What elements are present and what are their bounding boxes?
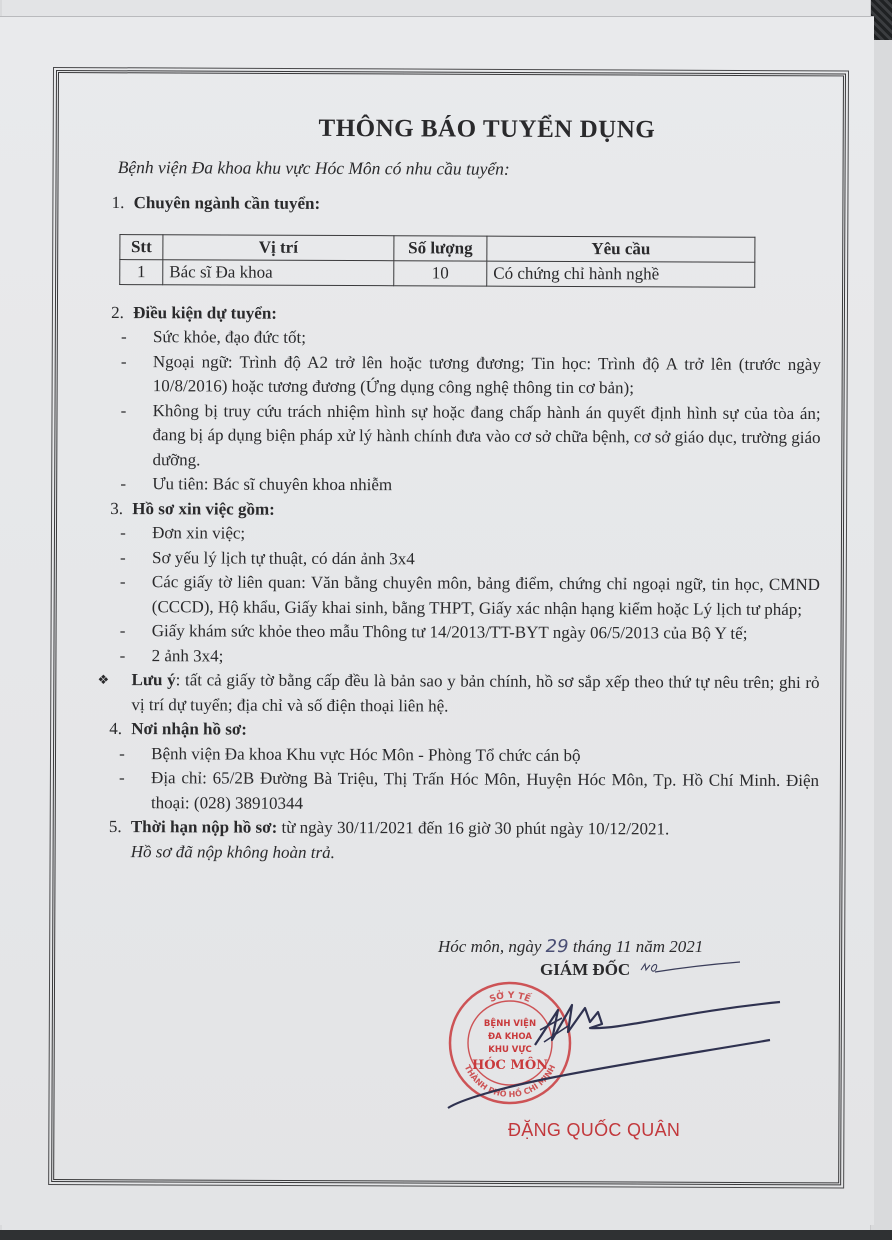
list-item: -Đơn xin việc; <box>110 521 820 549</box>
handwritten-day: 29 <box>546 936 569 957</box>
section-2-heading: 2. Điều kiện dự tuyển: <box>111 300 821 328</box>
section-number: 5. <box>109 815 131 840</box>
list-item: -Sức khỏe, đạo đức tốt; <box>111 325 821 353</box>
handwritten-signature-icon <box>440 960 800 1130</box>
dash-bullet-icon: - <box>121 325 127 350</box>
section-3-heading: 3. Hồ sơ xin việc gồm: <box>110 496 820 524</box>
list-item: -Ưu tiên: Bác sĩ chuyên khoa nhiễm <box>110 472 820 500</box>
dash-bullet-icon: - <box>120 570 126 595</box>
list-item: -Không bị truy cứu trách nhiệm hình sự h… <box>110 398 820 475</box>
document-title: THÔNG BÁO TUYỂN DỤNG <box>112 116 822 144</box>
table-header-row: Stt Vị trí Số lượng Yêu cầu <box>120 234 755 262</box>
dash-bullet-icon: - <box>119 742 125 767</box>
section-title: Nơi nhận hồ sơ: <box>131 717 247 742</box>
background-surface-bottom <box>0 1230 892 1240</box>
signer-name: ĐẶNG QUỐC QUÂN <box>508 1120 680 1141</box>
list-item: -Giấy khám sức khỏe theo mẫu Thông tư 14… <box>110 619 820 647</box>
list-item: -Bệnh viện Đa khoa Khu vực Hóc Môn - Phò… <box>109 741 819 769</box>
section-title: Chuyên ngành cần tuyển: <box>134 191 321 216</box>
dash-bullet-icon: - <box>119 766 125 791</box>
dash-bullet-icon: - <box>120 546 126 571</box>
positions-table: Stt Vị trí Số lượng Yêu cầu 1 Bác sĩ Đa … <box>119 234 755 288</box>
list-item: -2 ảnh 3x4; <box>110 643 820 671</box>
document-body: THÔNG BÁO TUYỂN DỤNG Bệnh viện Đa khoa k… <box>109 108 822 867</box>
section-5-heading: 5. Thời hạn nộp hồ sơ: từ ngày 30/11/202… <box>109 815 819 843</box>
section-number: 3. <box>110 496 132 521</box>
cell-requirement: Có chứng chỉ hành nghề <box>487 261 755 287</box>
dash-bullet-icon: - <box>121 350 127 375</box>
dash-bullet-icon: - <box>120 472 126 497</box>
submission-location-list: -Bệnh viện Đa khoa Khu vực Hóc Môn - Phò… <box>109 741 819 818</box>
note-paragraph: ❖Lưu ý: tất cả giấy tờ bằng cấp đều là b… <box>109 668 819 720</box>
section-number: 1. <box>112 191 134 216</box>
note-text: : tất cả giấy tờ bằng cấp đều là bản sao… <box>131 670 819 715</box>
dash-bullet-icon: - <box>121 399 127 424</box>
documents-list: -Đơn xin việc; -Sơ yếu lý lịch tự thuật,… <box>110 521 821 671</box>
dash-bullet-icon: - <box>120 521 126 546</box>
list-item: -Ngoại ngữ: Trình độ A2 trở lên hoặc tươ… <box>111 349 821 401</box>
col-header-requirement: Yêu cầu <box>487 236 755 262</box>
list-item: -Sơ yếu lý lịch tự thuật, có dán ảnh 3x4 <box>110 545 820 573</box>
table-row: 1 Bác sĩ Đa khoa 10 Có chứng chỉ hành ng… <box>120 259 755 287</box>
cell-position: Bác sĩ Đa khoa <box>163 259 394 285</box>
cell-quantity: 10 <box>394 260 487 285</box>
section-1-heading: 1. Chuyên ngành cần tuyển: <box>112 191 822 219</box>
deadline-text: từ ngày 30/11/2021 đến 16 giờ 30 phút ng… <box>277 818 669 839</box>
note-label: Lưu ý <box>131 670 175 689</box>
signature-date: Hóc môn, ngày 29 tháng 11 năm 2021 <box>438 936 703 957</box>
col-header-quantity: Số lượng <box>394 235 487 260</box>
col-header-stt: Stt <box>120 234 163 259</box>
document-intro: Bệnh viện Đa khoa khu vực Hóc Môn có nhu… <box>118 155 822 183</box>
diamond-dots-icon: ❖ <box>97 668 109 693</box>
col-header-position: Vị trí <box>163 234 394 260</box>
section-number: 2. <box>111 300 133 325</box>
cell-stt: 1 <box>120 259 163 284</box>
section-number: 4. <box>109 717 131 742</box>
dash-bullet-icon: - <box>120 644 126 669</box>
dash-bullet-icon: - <box>120 619 126 644</box>
list-item: -Các giấy tờ liên quan: Văn bằng chuyên … <box>110 570 820 622</box>
section-title: Điều kiện dự tuyển: <box>133 301 277 326</box>
section-title: Hồ sơ xin việc gồm: <box>132 497 275 522</box>
list-item: -Địa chỉ: 65/2B Đường Bà Triệu, Thị Trấn… <box>109 766 819 818</box>
section-4-heading: 4. Nơi nhận hồ sơ: <box>109 717 819 745</box>
conditions-list: -Sức khỏe, đạo đức tốt; -Ngoại ngữ: Trìn… <box>110 325 821 500</box>
deadline-subnote: Hồ sơ đã nộp không hoàn trả. <box>109 839 819 867</box>
section-title: Thời hạn nộp hồ sơ: <box>131 817 277 837</box>
